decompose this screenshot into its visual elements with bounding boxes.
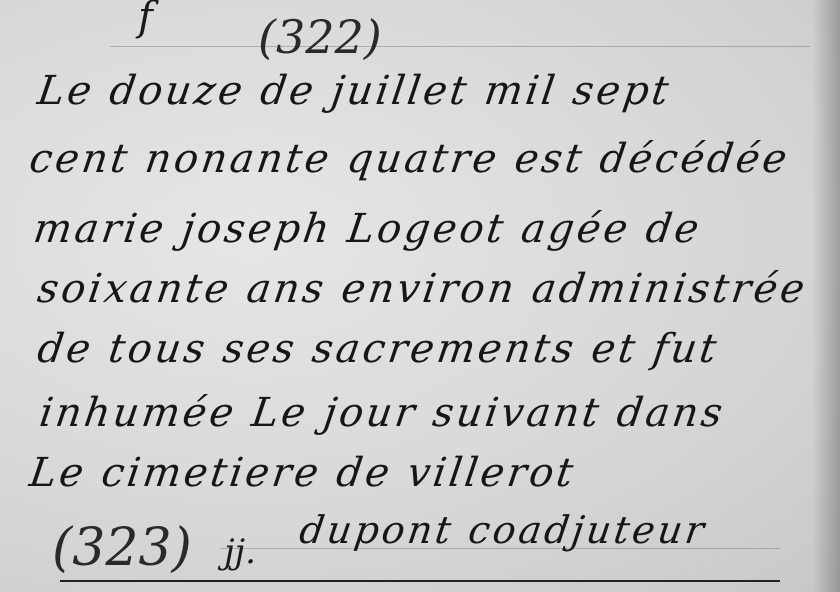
- text-line-1: Le douze de juillet mil sept: [35, 68, 674, 114]
- ruled-line: [110, 46, 810, 47]
- page-edge-shadow: [812, 0, 840, 592]
- text-line-2: cent nonante quatre est décédée: [27, 136, 793, 182]
- marginal-mark: jj.: [224, 532, 256, 572]
- text-line-7: Le cimetiere de villerot: [27, 450, 579, 496]
- entry-number-322: (322): [258, 10, 382, 64]
- signature: dupont coadjuteur: [297, 508, 710, 552]
- text-line-6: inhumée Le jour suivant dans: [37, 390, 728, 436]
- entry-number-323: (323): [52, 518, 192, 578]
- text-line-3: marie joseph Logeot agée de: [31, 206, 705, 252]
- top-fragment: f: [138, 0, 153, 40]
- text-line-4: soixante ans environ administrée: [35, 266, 811, 312]
- entry-underline: [60, 580, 780, 582]
- register-page: f (322) Le douze de juillet mil sept cen…: [0, 0, 840, 592]
- text-line-5: de tous ses sacrements et fut: [35, 326, 722, 372]
